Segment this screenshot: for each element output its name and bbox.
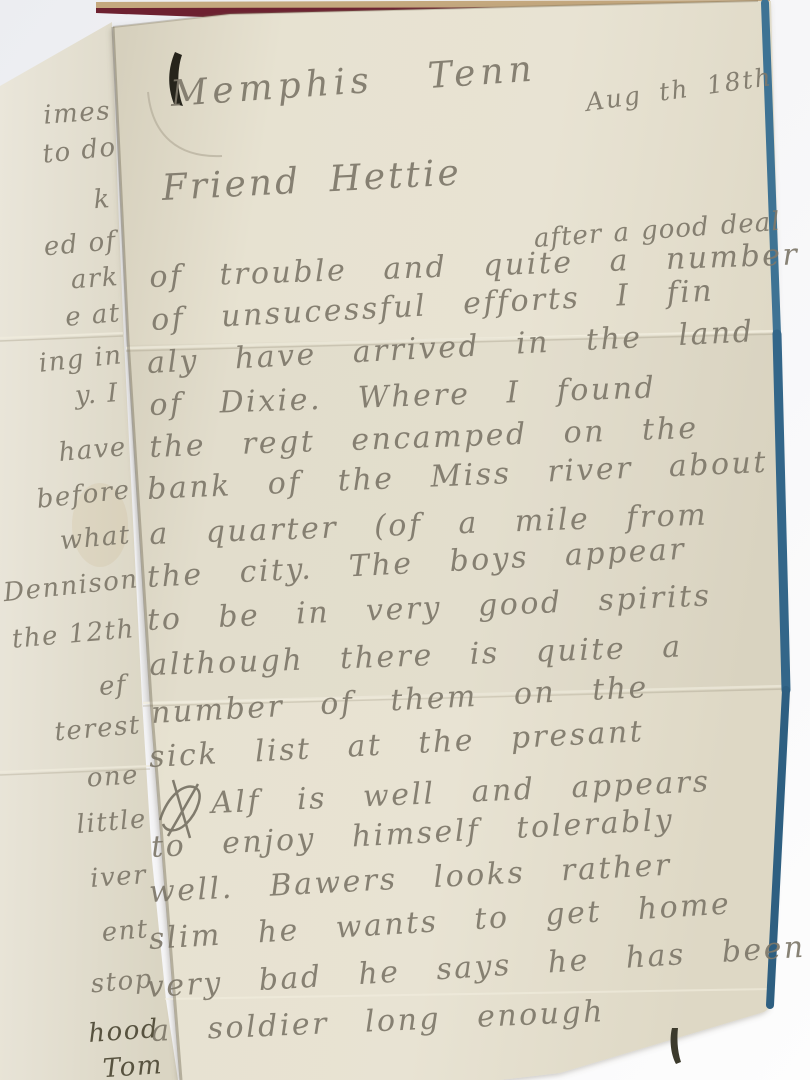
page-fragment: hood: [87, 1014, 160, 1049]
page-fragment: one: [86, 760, 140, 794]
page-fragment: before: [35, 475, 132, 515]
heading-place: Memphis Tenn: [169, 49, 538, 115]
letter-photograph: Memphis Tenn Aug th 18th Friend Hettie a…: [0, 0, 810, 1080]
page-fragment: imes: [42, 96, 112, 131]
page-fragment: stop: [90, 964, 154, 999]
page-fragment: to do: [41, 132, 118, 170]
page-fragment: the 12th: [11, 614, 136, 655]
page-fragment: have: [57, 432, 128, 468]
page-fragment: ef: [98, 670, 128, 702]
page-fragment: ent: [100, 914, 150, 948]
page-fragment: little: [75, 804, 148, 840]
page-fragment: ed of: [43, 226, 118, 262]
page-fragment: iver: [89, 860, 148, 894]
page-fragment: ark: [70, 262, 120, 295]
handwritten-line: a soldier long enough: [150, 994, 605, 1049]
page-fragment: Dennison: [2, 564, 140, 608]
handwriting-layer: Memphis Tenn Aug th 18th Friend Hettie a…: [0, 0, 810, 1080]
page-fragment: e at: [64, 298, 122, 333]
page-fragment: y. I: [74, 378, 120, 411]
page-fragment: ing in: [37, 340, 124, 379]
salutation: Friend Hettie: [161, 152, 463, 209]
heading-date: Aug th 18th: [584, 62, 774, 117]
page-fragment: terest: [53, 710, 142, 747]
page-fragment: what: [59, 520, 132, 556]
page-fragment: k: [93, 184, 112, 215]
page-fragment: Tom: [102, 1050, 164, 1080]
